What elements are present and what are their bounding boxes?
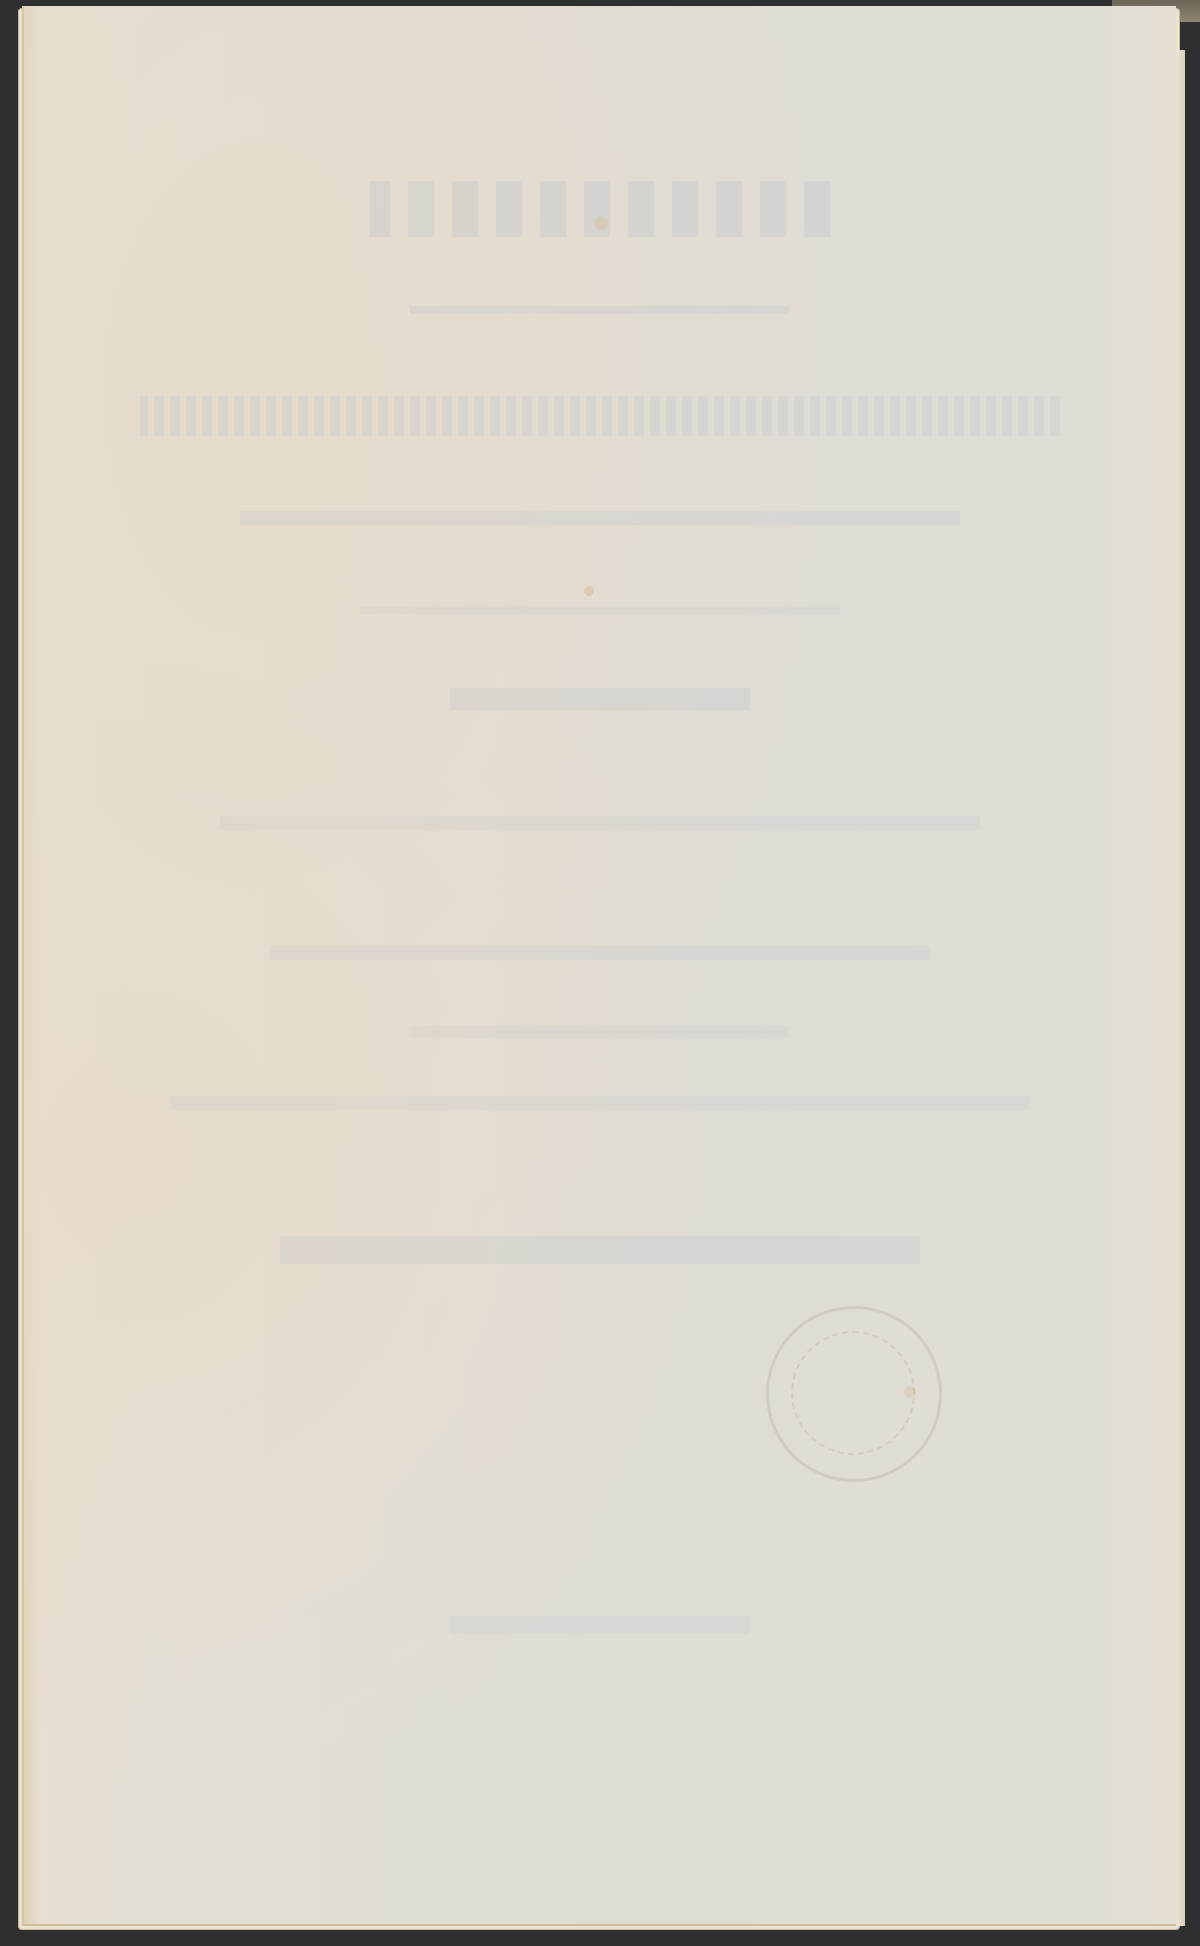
stamp-inner-ring	[791, 1331, 915, 1455]
bleed-through-line	[24, 1096, 1176, 1110]
foxing-spot	[904, 1386, 916, 1398]
bleed-through-heading	[24, 396, 1176, 436]
bleed-through-line	[24, 1616, 1176, 1634]
bleed-through-line	[24, 816, 1176, 830]
blank-page	[22, 6, 1176, 1926]
bleed-through-line	[24, 688, 1176, 710]
bleed-through-line	[24, 946, 1176, 960]
bleed-through-line	[24, 511, 1176, 525]
foxing-spot	[584, 586, 594, 596]
bleed-through-line	[24, 606, 1176, 614]
bleed-through-line	[24, 1026, 1176, 1038]
foxing-spot	[594, 216, 608, 230]
bleed-through-line	[24, 306, 1176, 314]
bleed-through-line	[24, 1236, 1176, 1264]
